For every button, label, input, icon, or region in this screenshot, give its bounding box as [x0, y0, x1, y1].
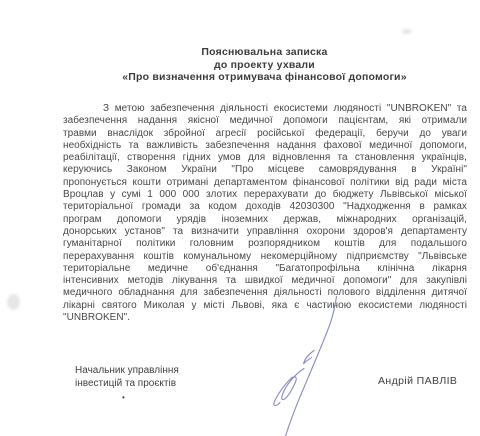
handwritten-signature-ink	[0, 0, 480, 436]
scan-smudge	[7, 294, 20, 310]
scan-smudge	[402, 29, 412, 34]
document-page: Пояснювальна записка до проекту ухвали «…	[0, 0, 480, 436]
